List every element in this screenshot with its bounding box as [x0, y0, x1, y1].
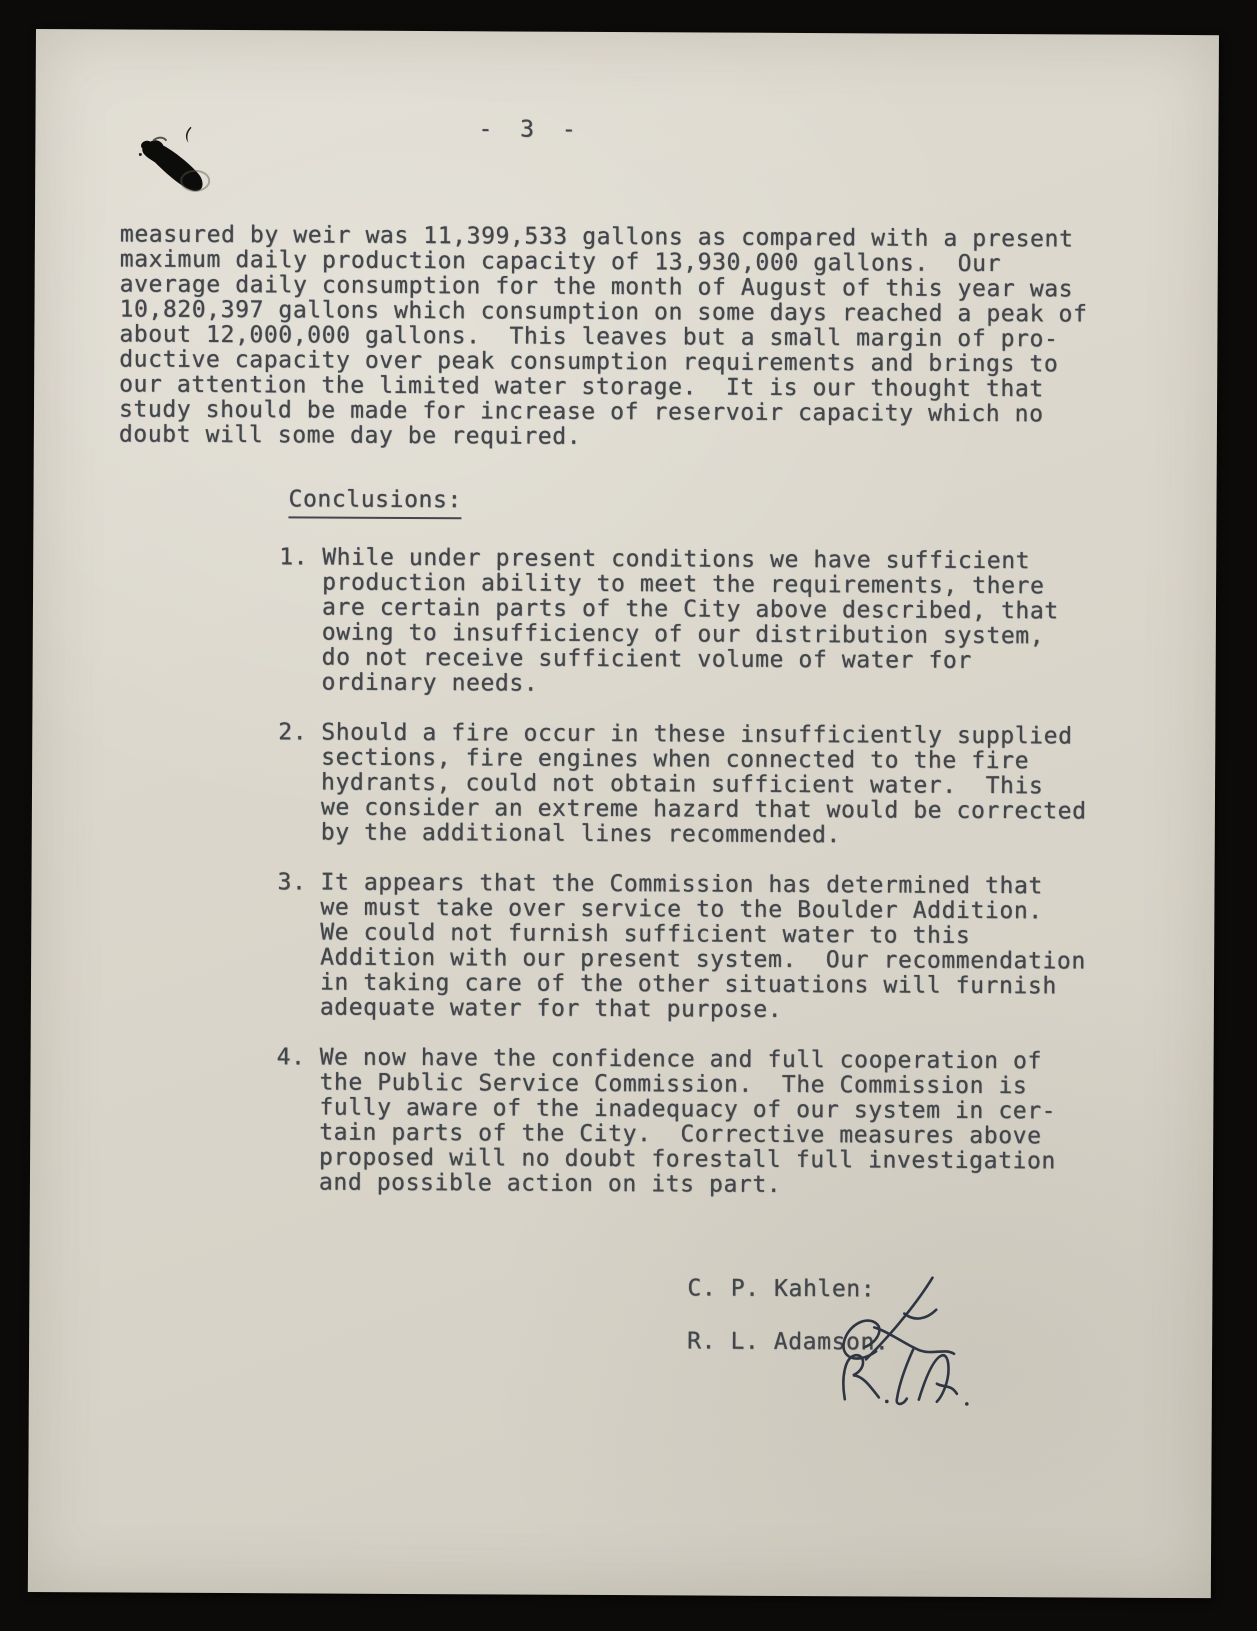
- item-number: 2.: [278, 720, 322, 845]
- text-line: ordinary needs.: [322, 671, 1059, 700]
- adamson-handwritten-initials-icon: [829, 1341, 979, 1417]
- item-text: It appears that the Commission has deter…: [320, 871, 1086, 1025]
- item-text: We now have the confidence and full coop…: [319, 1045, 1057, 1199]
- conclusions-list: 1. While under present conditions we hav…: [276, 545, 1088, 1224]
- document-page: - 3 - measured by weir was 11,399,533 ga…: [28, 29, 1219, 1598]
- item-text: While under present conditions we have s…: [322, 546, 1060, 700]
- conclusion-item: 4. We now have the confidence and full c…: [276, 1045, 1085, 1199]
- item-text: Should a fire occur in these insufficien…: [321, 721, 1087, 850]
- conclusion-item: 1. While under present conditions we hav…: [279, 545, 1088, 699]
- text-line: by the additional lines recommended.: [321, 821, 1087, 850]
- conclusion-item: 2. Should a fire occur in these insuffic…: [278, 720, 1087, 849]
- conclusions-heading: Conclusions:: [288, 487, 462, 519]
- text-line: and possible action on its part.: [319, 1170, 1056, 1199]
- body-paragraph: measured by weir was 11,399,533 gallons …: [119, 222, 1088, 452]
- text-line: adequate water for that purpose.: [320, 995, 1086, 1024]
- text-line: doubt will some day be required.: [119, 422, 1087, 452]
- scanned-document: - 3 - measured by weir was 11,399,533 ga…: [0, 0, 1257, 1631]
- ink-blot: [95, 84, 246, 215]
- page-number: - 3 -: [478, 117, 582, 143]
- item-number: 1.: [279, 545, 323, 695]
- item-number: 4.: [276, 1045, 320, 1195]
- item-number: 3.: [277, 870, 321, 1020]
- conclusion-item: 3. It appears that the Commission has de…: [277, 870, 1086, 1024]
